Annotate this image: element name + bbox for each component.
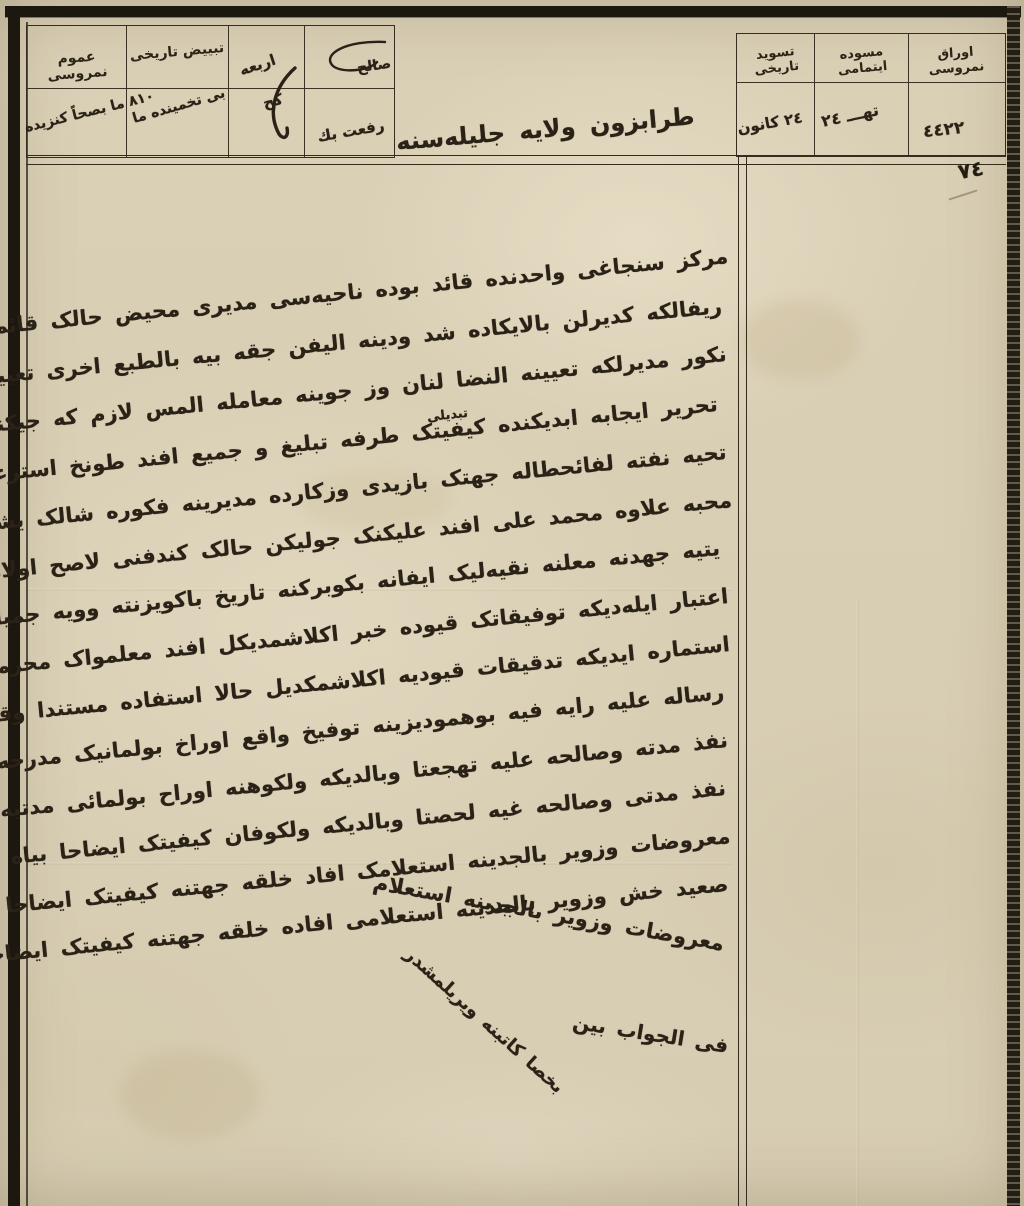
paper-stain	[120, 1050, 260, 1140]
table-row-line	[737, 82, 1005, 83]
paper-stain	[740, 300, 860, 380]
left-table-value-clerk-signature: رفعت بك	[316, 116, 386, 145]
left-table-header-tebyiz-tarihi: تبييض تاريخى	[128, 40, 225, 64]
table-column-line	[814, 34, 815, 156]
left-table-header-umum-numarasi: عموم نمروسى	[30, 47, 124, 85]
right-table-value-evrak-numarasi: ٤٤٢٢	[922, 118, 965, 142]
addressee-line: طرابزون ولايه جليله‌سنه	[395, 102, 696, 156]
frame-top-border	[5, 6, 1021, 17]
header-bottom-double-rule	[26, 155, 1006, 165]
paper-crease	[856, 600, 859, 1206]
frame-right-border	[1007, 6, 1020, 1206]
margin-folio-mark: ٧٤	[956, 156, 985, 184]
right-table-header-evrak-numarasi: اوراق نمروسى	[908, 43, 1004, 79]
table-column-line	[228, 26, 229, 157]
right-table-header-tesvid-tarihi: تسويد تاريخى	[738, 42, 815, 80]
right-register-table: تسويد تاريخى ٢٤ كانون مسوده ايتمامى تهــ…	[736, 33, 1006, 157]
pencil-stroke	[948, 189, 977, 200]
left-register-table: عموم نمروسى ٨١٠ ما بصحاً كنزيده تبييض تا…	[26, 25, 395, 158]
right-table-value-musvedde-itmami: تهـــ ٢٤	[820, 100, 881, 131]
table-column-line	[304, 26, 305, 157]
table-column-line	[126, 26, 127, 157]
right-table-header-musvedde-itmami: مسوده ايتمامى	[816, 42, 908, 80]
right-table-value-tesvid-tarihi: ٢٤ كانون	[736, 108, 804, 137]
closing-phrase: فى الجواب بين	[571, 1010, 730, 1058]
margin-double-divider	[738, 156, 747, 1206]
diagonal-signature: بخصا كاتبنه ويريلمشدر	[428, 968, 568, 1097]
document-scan: عموم نمروسى ٨١٠ ما بصحاً كنزيده تبييض تا…	[0, 0, 1024, 1206]
